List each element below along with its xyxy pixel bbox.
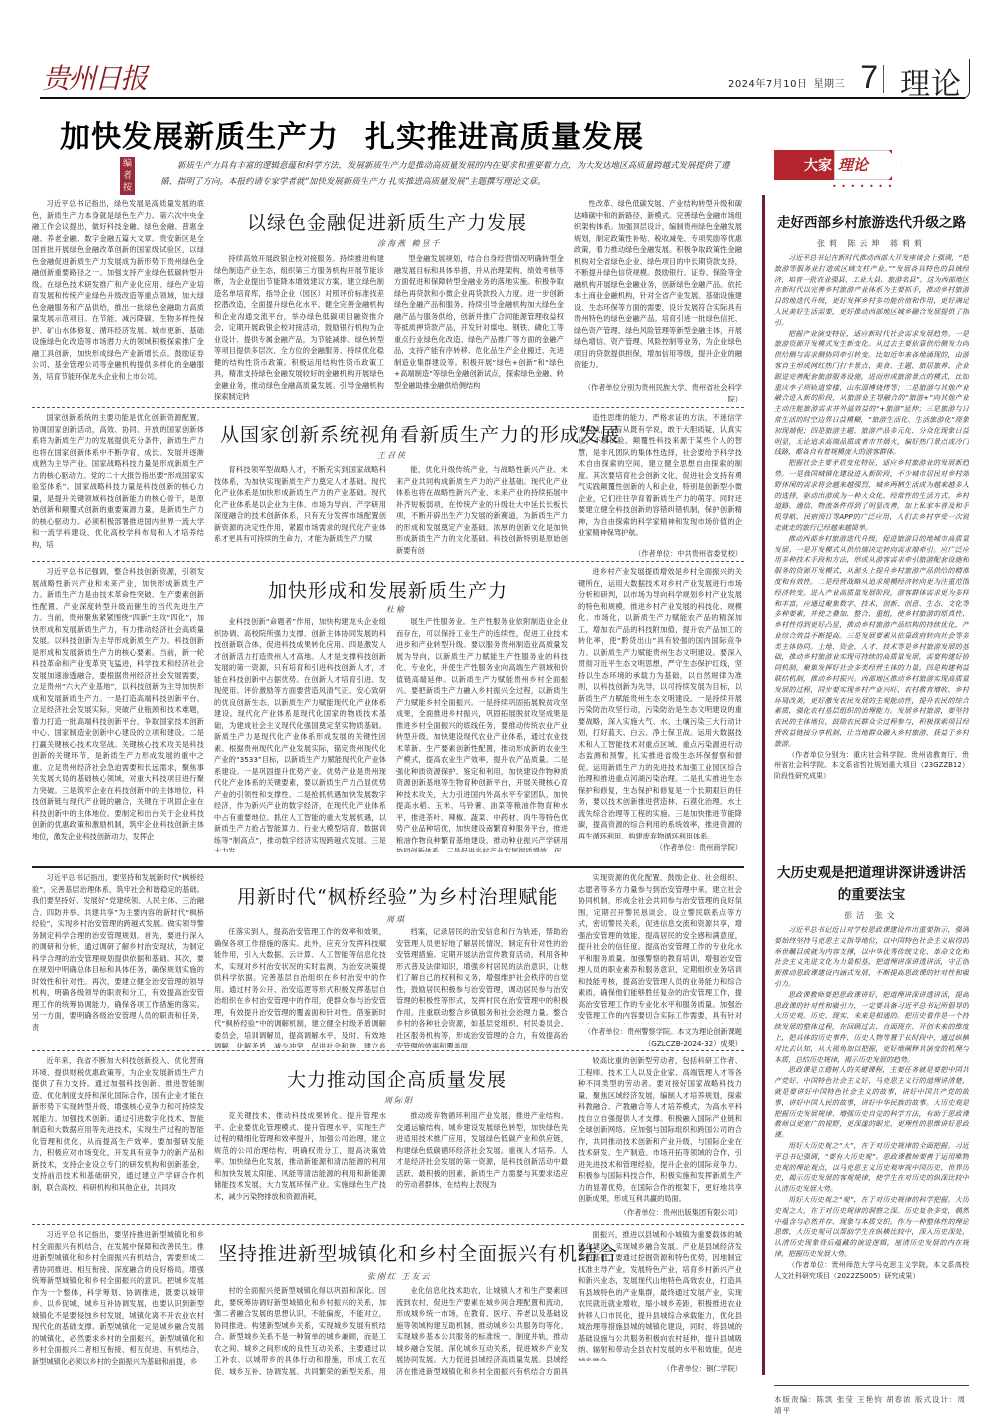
article-column: 面振兴，推进以县城和小城镇为重要载体的城镇化建设，实现城乡融合发展。产业是县域经… bbox=[578, 1229, 742, 1361]
article-column: 展生产性服务业。生产性服务业依附制造业企业而存在，可以保持工业生产的连续性，促进… bbox=[396, 616, 568, 852]
article-column: 业科技创新“命题者”作用，加快构建龙头企业组织协调、高校院所强力支撑、创新主体协… bbox=[214, 616, 386, 852]
article-column: 任落实到人，提高治安管理工作的效率和效果，确保各项工作措施的落实。此外，应充分发… bbox=[214, 926, 386, 1048]
article-title: 坚持推进新型城镇化和乡村全面振兴有机结合 bbox=[218, 1239, 618, 1266]
article-green-finance: 以绿色金融促进新质生产力发展 涂海燕 赖昱千 习近平总书记指出，绿色发展是高质量… bbox=[32, 198, 742, 408]
article-column: 村的全面振兴使新型城镇化得以巩固和深化。因此，要统筹协调好新型城镇化和乡村振兴的… bbox=[214, 1285, 386, 1375]
masthead-rule bbox=[40, 97, 965, 99]
issue-date: 2024年7月10日星期三 bbox=[728, 75, 845, 90]
article-column: 习近平总书记指出，绿色发展是高质量发展的底色，新质生产力本身就是绿色生产力。第六… bbox=[32, 198, 204, 403]
article-affiliation: （作者单位分别为贵州民族大学、贵州省社会科学院） bbox=[574, 380, 742, 402]
article-separator bbox=[32, 866, 744, 868]
rail-article-rural-tourism: 走好西部乡村旅游迭代升级之路 张莉 陈云坤 蒋莉莉 习近平总书记在新时代推动西部… bbox=[774, 212, 969, 832]
article-title: 以绿色金融促进新质生产力发展 bbox=[247, 208, 527, 235]
article-affiliation: （作者单位：贵州师范大学马克思主义学院。本文系高校人文社科研究项目（2022ZS… bbox=[774, 1260, 969, 1282]
article-separator bbox=[32, 1224, 744, 1225]
masthead-divider bbox=[883, 65, 884, 93]
article-column: 近年来，我省不断加大科技创新投入、优化营商环境、提供财税优惠政策等，为企业发展新… bbox=[32, 1055, 204, 1219]
article-affiliation: （作者单位：贵州出版集团有限公司） bbox=[578, 1205, 742, 1219]
article-title: 加快形成和发展新质生产力 bbox=[268, 576, 508, 603]
article-affiliation: （作者单位：中共贵州省委党校） bbox=[578, 546, 742, 560]
article-column: 能，优化升级传统产业，与战略性新兴产业、未来产业共同构成新质生产力的产业基础。现… bbox=[396, 464, 568, 558]
article-byline: 张莉 陈云坤 蒋莉莉 bbox=[774, 238, 969, 249]
article-body: 习近平总书记在新时代推动西部大开发座谈会上强调，“把旅游等服务业打造成区域支柱产… bbox=[774, 253, 969, 782]
banner-dots: • • • • • • • bbox=[832, 182, 893, 191]
article-fengqiao-experience: 用新时代“枫桥经验”为乡村治理赋能 周琪 习近平总书记指出，要坚持和发展新时代“… bbox=[32, 872, 742, 1050]
article-affiliation: （作者单位分别为：重庆社会科学院、贵州省教育厅、贵州省社会科学院。本文系省哲社规… bbox=[774, 750, 969, 782]
article-column: 持续高效开展政银企校对接服务。持续推进构建绿色制造产业生态，组织第三方服务机构开… bbox=[214, 253, 384, 403]
article-separator bbox=[32, 1050, 744, 1051]
article-byline: 周际阳 bbox=[384, 1095, 414, 1106]
rail-vertical-rule bbox=[762, 195, 765, 1375]
article-column: 克关键技术，推动科技成果转化。提升管理水平。企业要优化管理模式、提升管理水平，实… bbox=[214, 1110, 386, 1219]
article-column: 业化信息化技术助农，让城镇人才和生产要素回流到农村，促进生产要素在城乡间合理配置… bbox=[396, 1285, 568, 1375]
article-column: 档案，记录居民的治安信息和行为轨迹，帮助治安管理人员更好地了解居民情况，制定有针… bbox=[396, 926, 568, 1048]
weekday-text: 星期三 bbox=[814, 79, 846, 90]
page-editors-credit: 本版责编：陈凯 张莹 王艳钧 胡春浓 版式设计：周靖平 bbox=[774, 1385, 969, 1416]
masthead: 贵州日报 2024年7月10日星期三 7 理论 bbox=[40, 55, 970, 99]
banner-label-1: 大家 bbox=[804, 155, 832, 175]
rail-article-grand-history-view: 大历史观是把道理讲深讲透讲活的重要法宝 彭洁 张文 习近平总书记近日对学校思政课… bbox=[774, 862, 969, 1377]
banner-label-2: 理论 bbox=[838, 154, 868, 175]
article-byline: 涂海燕 赖昱千 bbox=[377, 238, 442, 249]
article-new-productivity: 加快形成和发展新质生产力 杜榆 习近平总书记强调，整合科技创新资源，引领发展战略… bbox=[32, 566, 742, 856]
article-column: 国家创新系统的主要功能是优化创新资源配置，协调国家创新活动，高效、协同、开放的国… bbox=[32, 412, 204, 558]
article-separator bbox=[32, 561, 744, 562]
article-column: 较高比重的创新型劳动者，包括科研工作者、工程师、技术工人以及企业家、高端管理人才… bbox=[578, 1055, 742, 1205]
newspaper-logo: 贵州日报 bbox=[42, 57, 146, 97]
article-column: 习近平总书记强调，整合科技创新资源，引领发展战略性新兴产业和未来产业，加快形成新… bbox=[32, 566, 204, 852]
article-column: 型金融发展规划，结合自身经营情况明确转型金融发展目标和具体举措，并从治理架构、绩… bbox=[394, 253, 564, 403]
article-innovation-system: 从国家创新系统视角看新质生产力的形成发展 王召侠 国家创新系统的主要功能是优化创… bbox=[32, 412, 742, 562]
article-byline: 王召侠 bbox=[377, 450, 407, 461]
editor-note: 编者按 新质生产力具有丰富的逻辑意蕴和科学方法，发展新质生产力是推动高质量发展的… bbox=[120, 155, 740, 195]
article-affiliation: （作者单位：铜仁学院） bbox=[578, 1361, 742, 1375]
article-title: 大历史观是把道理讲深讲透讲活的重要法宝 bbox=[774, 862, 969, 906]
page-number: 7 bbox=[860, 59, 878, 96]
article-title: 走好西部乡村旅游迭代升级之路 bbox=[774, 212, 969, 234]
column-banner: 大家 理论 • • • • • • • bbox=[774, 150, 904, 180]
article-byline: 周琪 bbox=[386, 914, 406, 925]
article-byline: 张刚红 王友云 bbox=[367, 1271, 432, 1282]
article-soe-development: 大力推动国企高质量发展 周际阳 近年来，我省不断加大科技创新投入、优化营商环境、… bbox=[32, 1055, 742, 1223]
article-title: 用新时代“枫桥经验”为乡村治理赋能 bbox=[237, 882, 558, 909]
editor-note-text: 新质生产力具有丰富的逻辑意蕴和科学方法，发展新质生产力是推动高质量发展的内在要求… bbox=[160, 158, 740, 190]
masthead-corner-ornament bbox=[962, 59, 970, 99]
headline-part-2: 扎实推进高质量发展 bbox=[365, 120, 644, 155]
article-affiliation: （作者单位：贵州警察学院。本文为理论创新课题（GZLCZB-2024-32）成果… bbox=[578, 1024, 742, 1048]
article-column: 造性思维的能力、严格求证的方法，不迷信学术权威，不盲从既有学说，敢于大胆质疑，认… bbox=[578, 412, 742, 545]
article-urbanization-rural-revitalization: 坚持推进新型城镇化和乡村全面振兴有机结合 张刚红 王友云 习近平总书记指出，要坚… bbox=[32, 1229, 742, 1409]
article-title: 大力推动国企高质量发展 bbox=[287, 1065, 507, 1092]
article-body: 习近平总书记近日对学校思政课建设作出重要指示，强调要始终坚持马克思主义指导地位，… bbox=[774, 925, 969, 1281]
article-affiliation: （作者单位：贵州商学院） bbox=[578, 840, 742, 854]
page-headline: 加快发展新质生产力扎实推进高质量发展 bbox=[60, 112, 644, 156]
editor-note-badge: 编者按 bbox=[120, 157, 135, 195]
article-column: 习近平总书记指出，要坚持和发展新时代“枫桥经验”，完善基层治理体系，筑牢社会和谐… bbox=[32, 872, 204, 1048]
article-column: 实现资源的优化配置，鼓励企业、社会组织、志愿者等多方力量参与到治安管理中来，建立… bbox=[578, 872, 742, 1024]
headline-part-1: 加快发展新质生产力 bbox=[60, 120, 339, 155]
article-column: 性改革、绿色低碳发展、产业结构转型升级和碳达峰碳中和的新路径、新模式。完善绿色金… bbox=[574, 198, 742, 391]
right-rail-column: 大家 理论 • • • • • • • 走好西部乡村旅游迭代升级之路 张莉 陈云… bbox=[762, 150, 972, 1410]
article-column: 育科技领军型战略人才，不断充实到国家战略科技体系，为加快实现新质生产力奠定人才基… bbox=[214, 464, 386, 558]
article-title: 从国家创新系统视角看新质生产力的形成发展 bbox=[220, 420, 620, 447]
article-separator bbox=[32, 407, 744, 408]
article-column: 进乡村产业发展提质增效是乡村全面振兴的关键所在，运用大数据技术对乡村产业发展进行… bbox=[578, 566, 742, 839]
article-column: 推动废弃物循环利用产业发展，推进产业结构、交通运输结构、城乡建设发展绿色转型，加… bbox=[396, 1110, 568, 1219]
article-byline: 杜榆 bbox=[386, 604, 406, 615]
date-text: 2024年7月10日 bbox=[728, 79, 808, 90]
article-byline: 彭洁 张文 bbox=[774, 910, 969, 921]
article-column: 习近平总书记指出，要坚持推进新型城镇化和乡村全面振兴有机结合，在发展中保障和改善… bbox=[32, 1229, 204, 1375]
